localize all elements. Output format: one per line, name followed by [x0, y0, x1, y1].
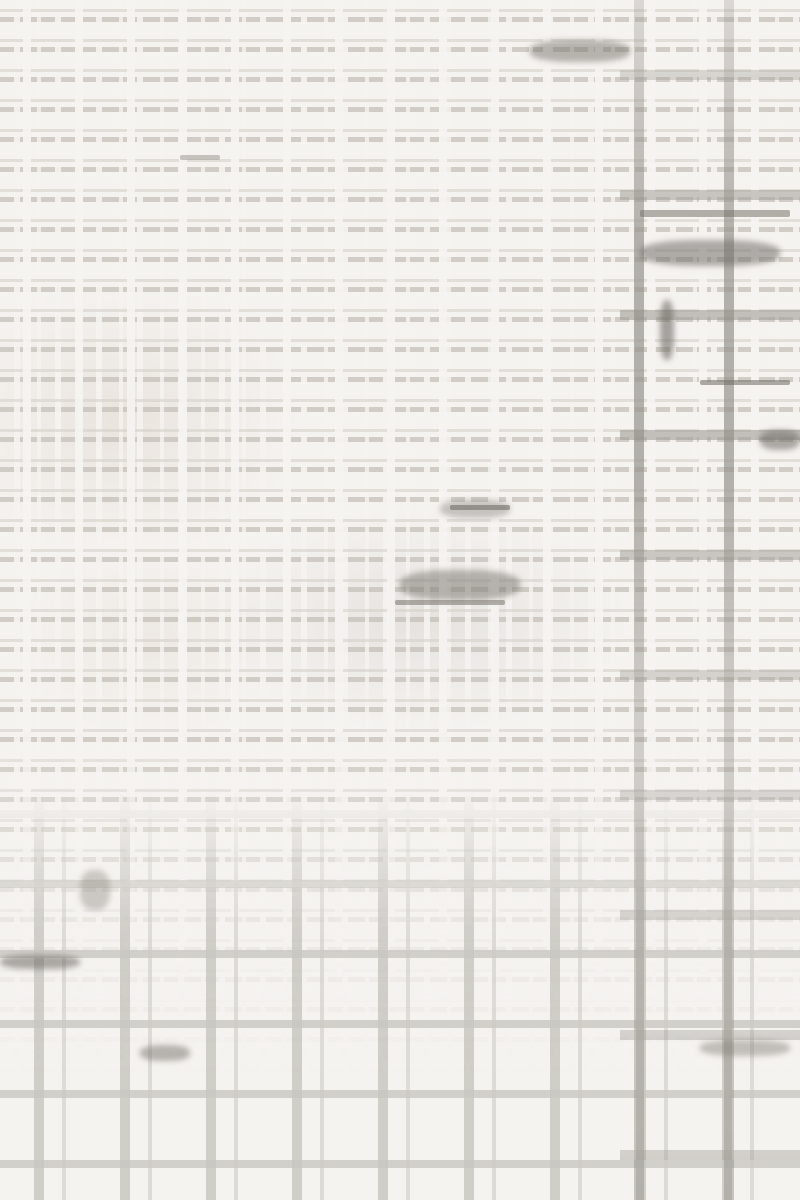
taupe-accent	[400, 570, 520, 600]
right-border-grid	[620, 0, 800, 1200]
taupe-accent	[0, 955, 80, 969]
rug-texture-photo	[0, 0, 800, 1200]
dark-stroke	[450, 505, 510, 510]
taupe-accent	[660, 300, 674, 360]
dark-stroke	[180, 155, 220, 160]
dark-stroke	[700, 380, 790, 385]
taupe-accent	[530, 40, 630, 62]
taupe-accent	[80, 870, 110, 910]
dark-stroke	[640, 210, 790, 217]
taupe-accent	[140, 1045, 190, 1061]
taupe-accent	[640, 240, 780, 266]
taupe-accent	[760, 430, 800, 450]
dark-stroke	[395, 600, 505, 605]
taupe-accent	[700, 1040, 790, 1056]
